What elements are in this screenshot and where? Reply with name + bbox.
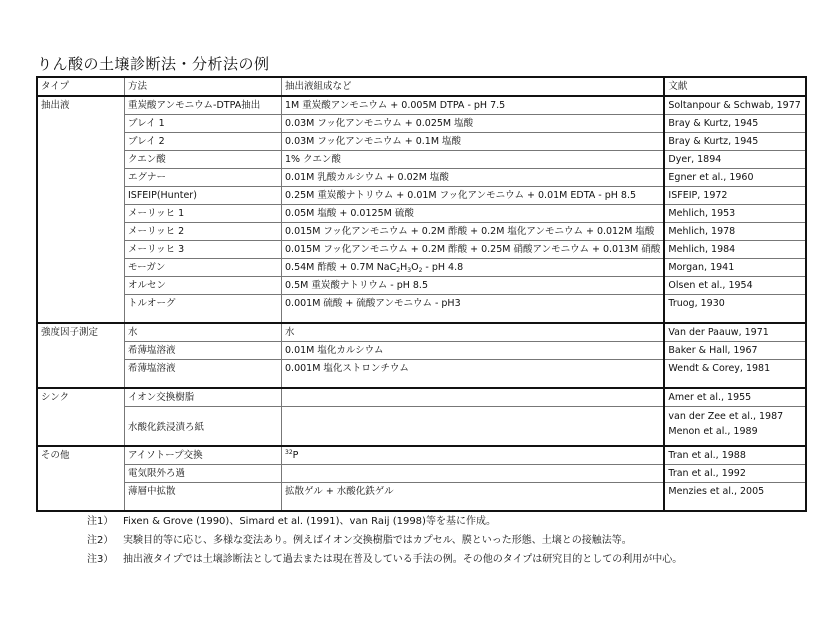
composition-cell: 1M 重炭酸アンモニウム + 0.005M DTPA - pH 7.5	[282, 96, 665, 115]
table-row: クエン酸 1% クエン酸 Dyer, 1894	[37, 151, 806, 169]
footnote-2: 注2）実験目的等に応じ、多様な変法あり。例えばイオン交換樹脂ではカプセル、膜とい…	[87, 531, 682, 550]
composition-cell: 32P	[282, 446, 665, 465]
footnote-1: 注1）Fixen & Grove (1990)、Simard et al. (1…	[87, 512, 682, 531]
method-cell: 電気限外ろ過	[125, 465, 282, 483]
method-cell: エグナー	[125, 169, 282, 187]
type-cell: シンク	[37, 388, 125, 446]
method-cell: オルセン	[125, 277, 282, 295]
composition-cell: 0.015M フッ化アンモニウム + 0.2M 酢酸 + 0.2M 塩化アンモニ…	[282, 223, 665, 241]
method-cell: 水	[125, 323, 282, 342]
composition-cell: 0.015M フッ化アンモニウム + 0.2M 酢酸 + 0.25M 硝酸アンモ…	[282, 241, 665, 259]
header-type: タイプ	[37, 77, 125, 96]
method-cell: 薄層中拡散	[125, 483, 282, 512]
table-row: トルオーグ 0.001M 硫酸 + 硫酸アンモニウム - pH3 Truog, …	[37, 295, 806, 324]
composition-cell: 0.001M 硫酸 + 硫酸アンモニウム - pH3	[282, 295, 665, 324]
reference-cell: Mehlich, 1953	[664, 205, 806, 223]
table-row: 希薄塩溶液 0.01M 塩化カルシウム Baker & Hall, 1967	[37, 342, 806, 360]
type-cell: 抽出液	[37, 96, 125, 323]
method-cell: ISFEIP(Hunter)	[125, 187, 282, 205]
table-row: 強度因子測定 水 水 Van der Paauw, 1971	[37, 323, 806, 342]
composition-cell: 0.05M 塩酸 + 0.0125M 硫酸	[282, 205, 665, 223]
composition-cell: 0.25M 重炭酸ナトリウム + 0.01M フッ化アンモニウム + 0.01M…	[282, 187, 665, 205]
reference-cell: Olsen et al., 1954	[664, 277, 806, 295]
table-row: 電気限外ろ過 Tran et al., 1992	[37, 465, 806, 483]
phosphate-methods-table: タイプ 方法 抽出液組成など 文献 抽出液 重炭酸アンモニウム-DTPA抽出 1…	[36, 76, 807, 512]
method-cell: 希薄塩溶液	[125, 360, 282, 389]
table-row: オルセン 0.5M 重炭酸ナトリウム - pH 8.5 Olsen et al.…	[37, 277, 806, 295]
method-cell: ブレイ 1	[125, 115, 282, 133]
reference-cell: Dyer, 1894	[664, 151, 806, 169]
composition-cell	[282, 388, 665, 407]
table-header-row: タイプ 方法 抽出液組成など 文献	[37, 77, 806, 96]
reference-cell: Tran et al., 1988	[664, 446, 806, 465]
method-cell: メーリッヒ 2	[125, 223, 282, 241]
method-cell: モーガン	[125, 259, 282, 277]
reference-cell: van der Zee et al., 1987Menon et al., 19…	[664, 407, 806, 447]
table-row: エグナー 0.01M 乳酸カルシウム + 0.02M 塩酸 Egner et a…	[37, 169, 806, 187]
page-title: りん酸の土壌診断法・分析法の例	[37, 53, 270, 74]
header-method: 方法	[125, 77, 282, 96]
reference-cell: Morgan, 1941	[664, 259, 806, 277]
table-row: 水酸化鉄浸漬ろ紙 van der Zee et al., 1987Menon e…	[37, 407, 806, 447]
composition-cell: 0.01M 乳酸カルシウム + 0.02M 塩酸	[282, 169, 665, 187]
method-cell: ブレイ 2	[125, 133, 282, 151]
reference-cell: ISFEIP, 1972	[664, 187, 806, 205]
composition-cell: 0.54M 酢酸 + 0.7M NaC2H3O2 - pH 4.8	[282, 259, 665, 277]
table-row: その他 アイソトープ交換 32P Tran et al., 1988	[37, 446, 806, 465]
composition-cell: 拡散ゲル + 水酸化鉄ゲル	[282, 483, 665, 512]
composition-cell: 0.001M 塩化ストロンチウム	[282, 360, 665, 389]
reference-cell: Van der Paauw, 1971	[664, 323, 806, 342]
method-cell: メーリッヒ 1	[125, 205, 282, 223]
type-cell: 強度因子測定	[37, 323, 125, 388]
method-cell: トルオーグ	[125, 295, 282, 324]
composition-cell: 0.01M 塩化カルシウム	[282, 342, 665, 360]
method-cell: イオン交換樹脂	[125, 388, 282, 407]
reference-cell: Bray & Kurtz, 1945	[664, 115, 806, 133]
table-row: 抽出液 重炭酸アンモニウム-DTPA抽出 1M 重炭酸アンモニウム + 0.00…	[37, 96, 806, 115]
composition-cell	[282, 407, 665, 447]
method-cell: 希薄塩溶液	[125, 342, 282, 360]
reference-cell: Tran et al., 1992	[664, 465, 806, 483]
footnote-3: 注3）抽出液タイプでは土壌診断法として過去または現在普及している手法の例。その他…	[87, 550, 682, 569]
reference-cell: Soltanpour & Schwab, 1977	[664, 96, 806, 115]
composition-cell	[282, 465, 665, 483]
method-cell: メーリッヒ 3	[125, 241, 282, 259]
table-row: メーリッヒ 3 0.015M フッ化アンモニウム + 0.2M 酢酸 + 0.2…	[37, 241, 806, 259]
reference-cell: Mehlich, 1978	[664, 223, 806, 241]
reference-cell: Amer et al., 1955	[664, 388, 806, 407]
table-row: ブレイ 1 0.03M フッ化アンモニウム + 0.025M 塩酸 Bray &…	[37, 115, 806, 133]
table-row: シンク イオン交換樹脂 Amer et al., 1955	[37, 388, 806, 407]
composition-cell: 水	[282, 323, 665, 342]
table-row: モーガン 0.54M 酢酸 + 0.7M NaC2H3O2 - pH 4.8 M…	[37, 259, 806, 277]
composition-cell: 1% クエン酸	[282, 151, 665, 169]
table-row: メーリッヒ 1 0.05M 塩酸 + 0.0125M 硫酸 Mehlich, 1…	[37, 205, 806, 223]
composition-cell: 0.5M 重炭酸ナトリウム - pH 8.5	[282, 277, 665, 295]
table-row: 薄層中拡散 拡散ゲル + 水酸化鉄ゲル Menzies et al., 2005	[37, 483, 806, 512]
reference-cell: Bray & Kurtz, 1945	[664, 133, 806, 151]
composition-cell: 0.03M フッ化アンモニウム + 0.025M 塩酸	[282, 115, 665, 133]
footnotes: 注1）Fixen & Grove (1990)、Simard et al. (1…	[87, 512, 682, 569]
method-cell: 重炭酸アンモニウム-DTPA抽出	[125, 96, 282, 115]
reference-cell: Mehlich, 1984	[664, 241, 806, 259]
reference-cell: Menzies et al., 2005	[664, 483, 806, 512]
reference-cell: Truog, 1930	[664, 295, 806, 324]
type-cell: その他	[37, 446, 125, 511]
composition-cell: 0.03M フッ化アンモニウム + 0.1M 塩酸	[282, 133, 665, 151]
table-row: ISFEIP(Hunter) 0.25M 重炭酸ナトリウム + 0.01M フッ…	[37, 187, 806, 205]
reference-cell: Baker & Hall, 1967	[664, 342, 806, 360]
method-cell: 水酸化鉄浸漬ろ紙	[125, 407, 282, 447]
table-row: ブレイ 2 0.03M フッ化アンモニウム + 0.1M 塩酸 Bray & K…	[37, 133, 806, 151]
header-composition: 抽出液組成など	[282, 77, 665, 96]
method-cell: アイソトープ交換	[125, 446, 282, 465]
table-row: 希薄塩溶液 0.001M 塩化ストロンチウム Wendt & Corey, 19…	[37, 360, 806, 389]
table-row: メーリッヒ 2 0.015M フッ化アンモニウム + 0.2M 酢酸 + 0.2…	[37, 223, 806, 241]
header-reference: 文献	[664, 77, 806, 96]
reference-cell: Wendt & Corey, 1981	[664, 360, 806, 389]
method-cell: クエン酸	[125, 151, 282, 169]
reference-cell: Egner et al., 1960	[664, 169, 806, 187]
